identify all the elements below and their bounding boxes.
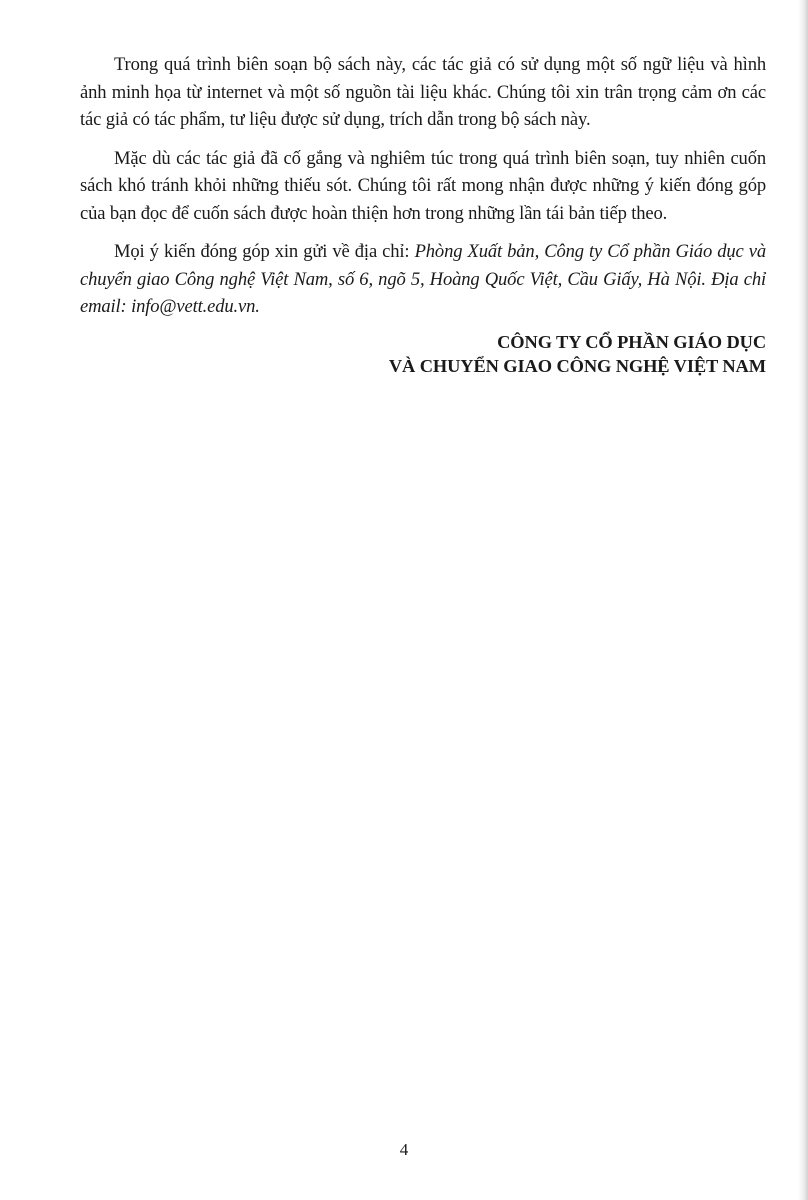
signature-line-1: CÔNG TY CỔ PHẦN GIÁO DỤC	[80, 330, 766, 354]
publisher-signature: CÔNG TY CỔ PHẦN GIÁO DỤC VÀ CHUYỂN GIAO …	[80, 330, 766, 378]
signature-line-2: VÀ CHUYỂN GIAO CÔNG NGHỆ VIỆT NAM	[80, 354, 766, 378]
paragraph-feedback-request: Mặc dù các tác giả đã cố gắng và nghiêm …	[80, 145, 766, 228]
paragraph-contact: Mọi ý kiến đóng góp xin gửi về địa chỉ: …	[80, 238, 766, 321]
contact-intro: Mọi ý kiến đóng góp xin gửi về địa chỉ:	[114, 241, 415, 262]
document-page: Trong quá trình biên soạn bộ sách này, c…	[0, 0, 808, 1200]
paragraph-acknowledgement: Trong quá trình biên soạn bộ sách này, c…	[80, 51, 766, 134]
page-number: 4	[0, 1140, 808, 1160]
page-edge-shadow	[798, 0, 808, 1200]
page-content: Trong quá trình biên soạn bộ sách này, c…	[80, 51, 766, 378]
